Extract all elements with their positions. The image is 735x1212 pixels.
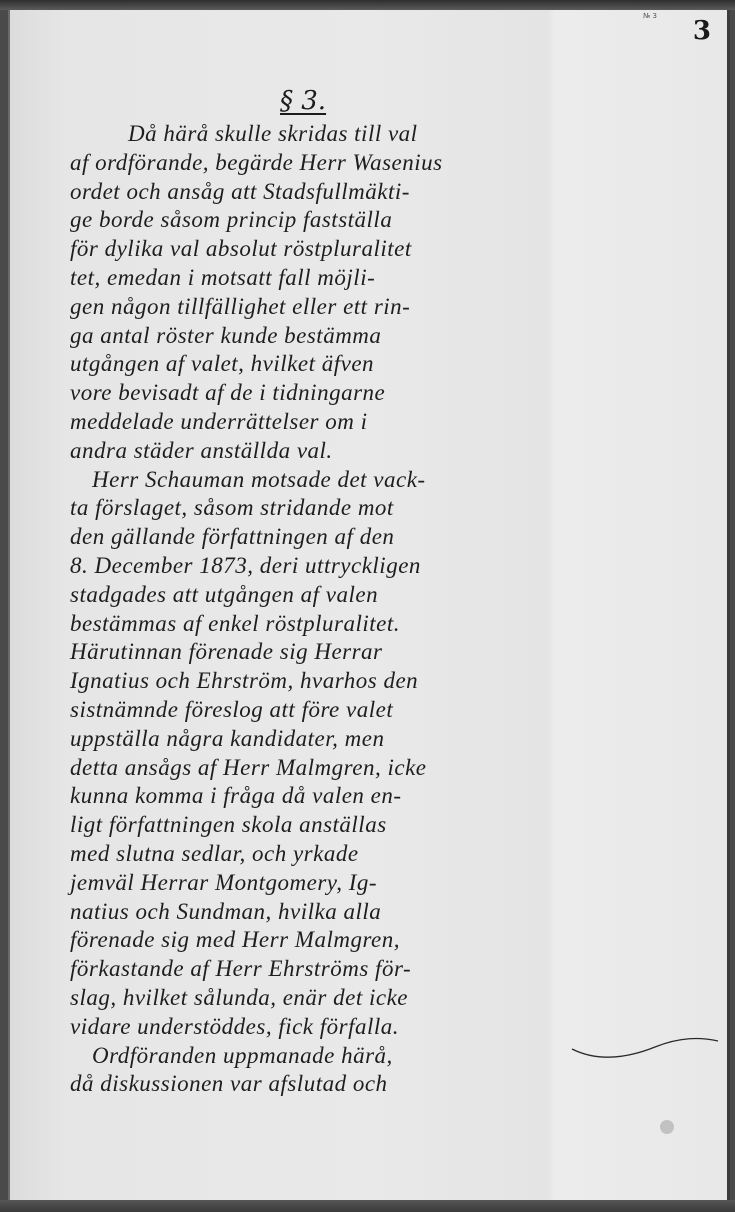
line-end-flourish: [570, 1035, 720, 1065]
archive-stamp: № 3: [643, 12, 657, 20]
text-line: natius och Sundman, hvilka alla: [70, 898, 590, 927]
text-line: vore bevisadt af de i tidningarne: [70, 379, 590, 408]
text-line: bestämmas af enkel röstpluralitet.: [70, 610, 590, 639]
text-line: då diskussionen var afslutad och: [70, 1070, 590, 1099]
text-line: slag, hvilket sålunda, enär det icke: [70, 984, 590, 1013]
text-line: Då härå skulle skridas till val: [70, 120, 590, 149]
text-line: ge borde såsom princip fastställa: [70, 206, 590, 235]
text-line: med slutna sedlar, och yrkade: [70, 840, 590, 869]
text-line: Ignatius och Ehrström, hvarhos den: [70, 667, 590, 696]
text-line: meddelade underrättelser om i: [70, 408, 590, 437]
text-line: Ordföranden uppmanade härå,: [70, 1042, 590, 1071]
text-line: jemväl Herrar Montgomery, Ig-: [70, 869, 590, 898]
text-line: gen någon tillfällighet eller ett rin-: [70, 293, 590, 322]
text-line: Härutinnan förenade sig Herrar: [70, 638, 590, 667]
text-line: den gällande författningen af den: [70, 523, 590, 552]
text-line: för dylika val absolut röstpluralitet: [70, 235, 590, 264]
text-line: ta förslaget, såsom stridande mot: [70, 494, 590, 523]
page-top-edge: [0, 0, 735, 10]
text-line: förenade sig med Herr Malmgren,: [70, 926, 590, 955]
text-line: uppställa några kandidater, men: [70, 725, 590, 754]
text-line: ordet och ansåg att Stadsfullmäkti-: [70, 178, 590, 207]
text-line: sistnämnde föreslog att före valet: [70, 696, 590, 725]
section-heading: § 3.: [280, 86, 326, 116]
text-line: förkastande af Herr Ehrströms för-: [70, 955, 590, 984]
text-line: utgången af valet, hvilket äfven: [70, 350, 590, 379]
text-line: af ordförande, begärde Herr Wasenius: [70, 149, 590, 178]
text-line: stadgades att utgången af valen: [70, 581, 590, 610]
handwritten-body: Då härå skulle skridas till val af ordfö…: [70, 120, 590, 1099]
text-line: andra städer anställda val.: [70, 437, 590, 466]
manuscript-page: № 3 3 § 3. Då härå skulle skridas till v…: [8, 10, 730, 1200]
text-line: tet, emedan i motsatt fall möjli-: [70, 264, 590, 293]
text-line: detta ansågs af Herr Malmgren, icke: [70, 754, 590, 783]
page-number: 3: [693, 16, 711, 46]
text-line: vidare understöddes, fick förfalla.: [70, 1013, 590, 1042]
text-line: Herr Schauman motsade det vack-: [70, 466, 590, 495]
text-line: 8. December 1873, deri uttryckligen: [70, 552, 590, 581]
page-bottom-edge: [0, 1200, 735, 1212]
text-line: ligt författningen skola anställas: [70, 811, 590, 840]
text-line: kunna komma i fråga då valen en-: [70, 782, 590, 811]
text-line: ga antal röster kunde bestämma: [70, 322, 590, 351]
ink-smudge: [660, 1120, 674, 1134]
